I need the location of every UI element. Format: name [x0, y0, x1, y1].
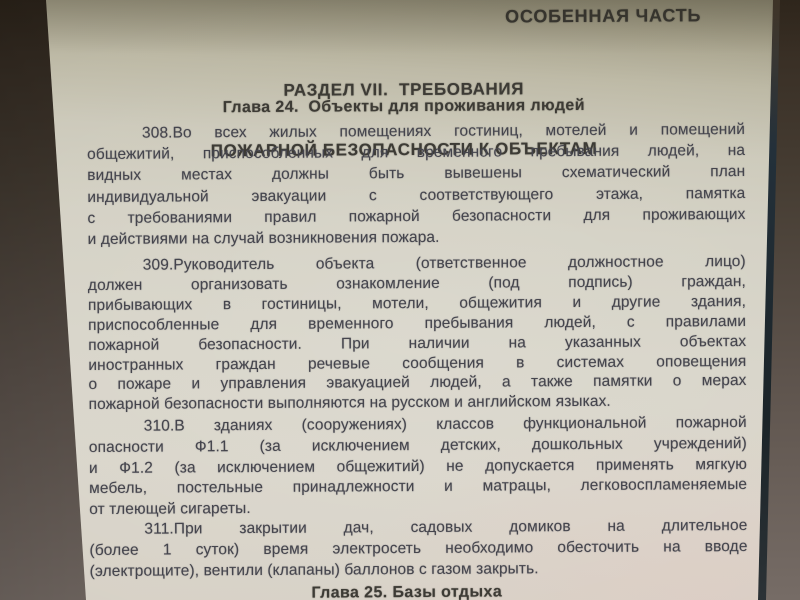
chapter-25-heading: Глава 25. Базы отдыха [90, 582, 748, 600]
paragraph-310: 310.В зданиях (сооружениях) классов функ… [89, 413, 748, 521]
text-line: с требованиями правил пожарной безопасно… [87, 204, 745, 229]
text-line: и действиями на случай возникновения пож… [88, 225, 746, 250]
text-line: мебель, постельные принадлежности и матр… [89, 475, 747, 500]
page-content: ОСОБЕННАЯ ЧАСТЬ РАЗДЕЛ VII. ТРЕБОВАНИЯ П… [86, 0, 748, 600]
paragraph-308: 308.Во всех жилых помещениях гостиниц, м… [87, 119, 746, 250]
paragraph-311: 311.При закрытии дач, садовых домиков на… [89, 515, 747, 582]
document-photo: ОСОБЕННАЯ ЧАСТЬ РАЗДЕЛ VII. ТРЕБОВАНИЯ П… [0, 0, 800, 600]
paragraph-309: 309.Руководитель объекта (ответственное … [88, 252, 747, 415]
text-line: (электрощите), вентили (клапаны) баллоно… [90, 557, 748, 582]
text-line: пожарной безопасности выполняются на рус… [89, 391, 747, 415]
running-header: ОСОБЕННАЯ ЧАСТЬ [86, 5, 744, 30]
text-line: (более 1 суток) время электросеть необхо… [89, 536, 747, 561]
